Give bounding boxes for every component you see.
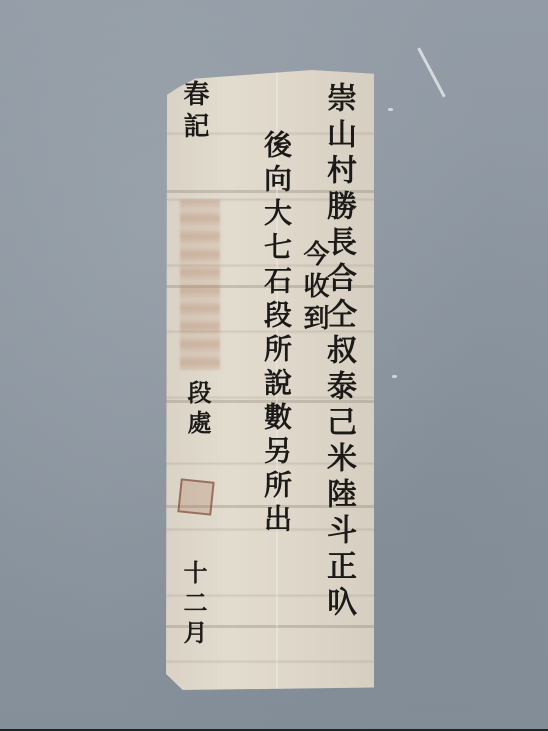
- background-speck: [388, 108, 393, 111]
- receipt-paper: 崇山村勝長合仝叔泰己米陸斗正叺 後向大七石段所說數另所出 今收到 春記 段處 十…: [166, 70, 374, 690]
- square-seal: [177, 478, 214, 515]
- text-column-3: 今收到: [296, 240, 333, 336]
- text-column-2: 後向大七石段所說數另所出: [256, 130, 296, 538]
- background-speck: [392, 375, 397, 378]
- text-column-1: 崇山村勝長合仝叔泰己米陸斗正叺: [316, 82, 360, 622]
- text-column-5: 段處: [180, 380, 215, 440]
- text-column-6: 十二月: [176, 560, 211, 650]
- red-stamp-strip: [180, 200, 220, 370]
- text-column-4: 春記: [176, 80, 213, 144]
